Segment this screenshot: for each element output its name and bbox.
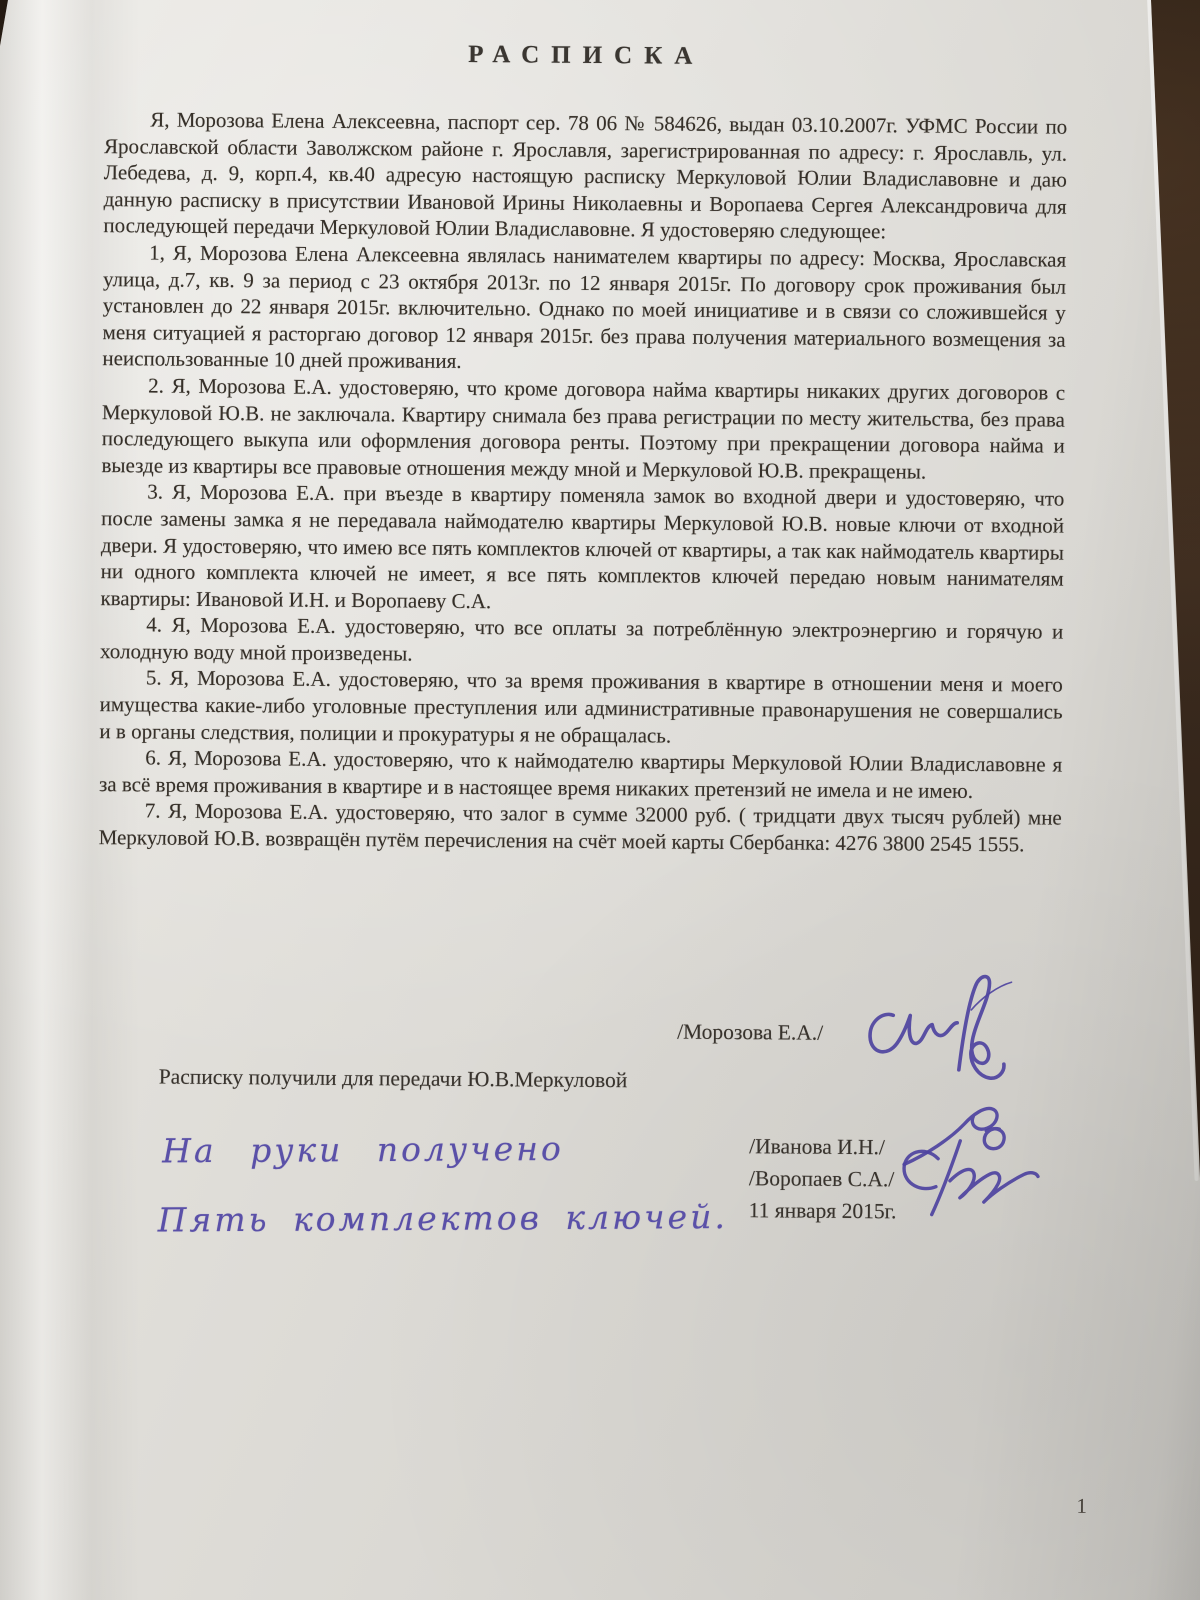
clause-3: 3. Я, Морозова Е.А. при въезде в квартир… [100,478,1064,619]
ivanova-signature-label: /Иванова И.Н./ [749,1130,897,1163]
document-title: РАСПИСКА [105,38,1068,74]
document-page: РАСПИСКА Я, Морозова Елена Алексеевна, п… [0,0,1200,1600]
clause-4: 4. Я, Морозова Е.А. удостоверяю, что все… [100,611,1063,672]
receipt-statement: Расписку получили для передачи Ю.В.Мерку… [159,1065,628,1094]
clause-6: 6. Я, Морозова Е.А. удостоверяю, что к н… [99,744,1062,805]
voropaev-signature-label: /Воропаев С.А./ [749,1162,897,1195]
voropaev-signature [892,1134,1043,1223]
witness-block: /Иванова И.Н./ /Воропаев С.А./ 11 января… [749,1130,897,1227]
intro-paragraph: Я, Морозова Елена Алексеевна, паспорт се… [103,106,1067,247]
document-content: РАСПИСКА Я, Морозова Елена Алексеевна, п… [93,38,1105,1600]
handwritten-note-line-2: Пять комплектов ключей. [158,1197,728,1239]
paper-edge-highlight [1147,0,1199,1181]
photo-background: РАСПИСКА Я, Морозова Елена Алексеевна, п… [0,0,1200,1600]
morozova-signature-label: /Морозова Е.А./ [677,1020,823,1046]
morozova-signature [859,969,1020,1088]
page-number: 1 [1076,1494,1087,1519]
clause-1: 1, Я, Морозова Елена Алексеевна являлась… [102,239,1066,380]
handwritten-note-line-1: На руки получено [162,1129,564,1170]
clause-2: 2. Я, Морозова Е.А. удостоверяю, что кро… [101,372,1065,486]
clause-7: 7. Я, Морозова Е.А. удостоверяю, что зал… [99,798,1062,859]
clause-5: 5. Я, Морозова Е.А. удостоверяю, что за … [99,665,1063,752]
signing-date: 11 января 2015г. [749,1194,897,1227]
document-body: Я, Морозова Елена Алексеевна, паспорт се… [99,106,1068,858]
